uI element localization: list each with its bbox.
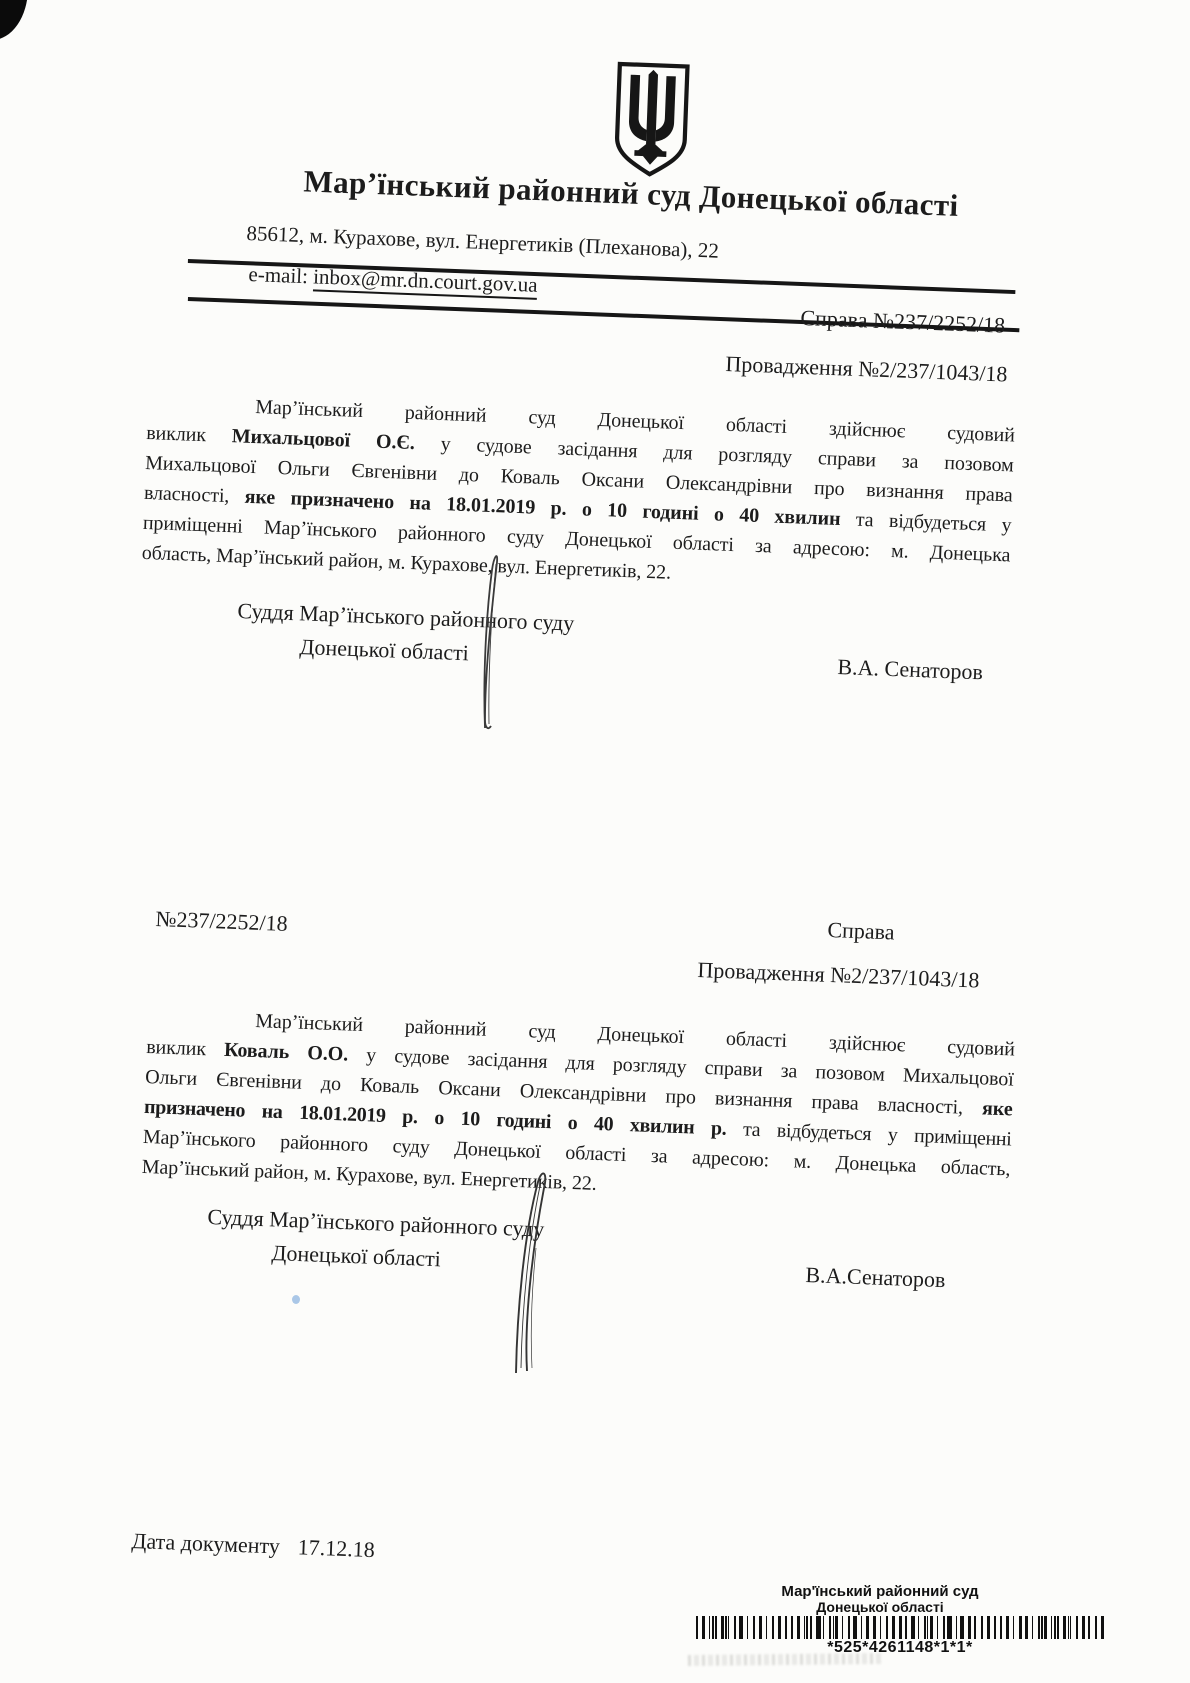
judge-region-2: Донецької області [271, 1240, 441, 1272]
coat-of-arms-icon [602, 56, 701, 183]
judge-name-2: В.А.Сенаторов [805, 1262, 946, 1293]
barcode-court-line2: Донецької області [640, 1600, 1120, 1615]
barcode-icon [696, 1616, 1104, 1639]
judge-title-2: Суддя Мар’їнського районного суду [207, 1204, 545, 1243]
document-date-value: 17.12.18 [297, 1534, 375, 1562]
court-email-line: e-mail: inbox@mr.dn.court.gov.ua [248, 262, 538, 298]
proceeding-number-line-2: Провадження №2/237/1043/18 [697, 957, 980, 994]
case-number-line-1: Справа №237/2252/18 [800, 305, 1006, 339]
faint-print-smudge [688, 1653, 883, 1666]
document-date-line: Дата документу17.12.18 [131, 1528, 375, 1563]
email-address: inbox@mr.dn.court.gov.ua [313, 264, 538, 299]
summons-paragraph-2: Мар’їнський районний суд Донецької облас… [141, 1002, 1015, 1214]
court-address: 85612, м. Курахове, вул. Енергетиків (Пл… [246, 221, 719, 264]
ink-dot-artifact [292, 1295, 300, 1304]
email-label: e-mail: [248, 262, 308, 288]
judge-title-1: Суддя Мар’їнського районного суду [237, 598, 575, 637]
scanned-court-summons-page: Мар’їнський районний суд Донецької облас… [0, 0, 1190, 1683]
case-word-2: Справа [827, 917, 895, 945]
proceeding-number-line-1: Провадження №2/237/1043/18 [725, 351, 1008, 388]
barcode-label-block: Мар'їнський районний суд Донецької облас… [640, 1583, 1120, 1657]
case-number-2: №237/2252/18 [155, 906, 288, 937]
barcode-court-line1: Мар'їнський районний суд [640, 1583, 1120, 1600]
judge-signature-2 [490, 1168, 574, 1378]
document-date-label: Дата документу [131, 1528, 280, 1559]
scan-corner-artifact [0, 0, 28, 40]
judge-name-1: В.А. Сенаторов [837, 654, 983, 685]
summons-paragraph-1: Мар’їнський районний суд Донецької облас… [141, 388, 1015, 600]
judge-region-1: Донецької області [299, 634, 469, 666]
